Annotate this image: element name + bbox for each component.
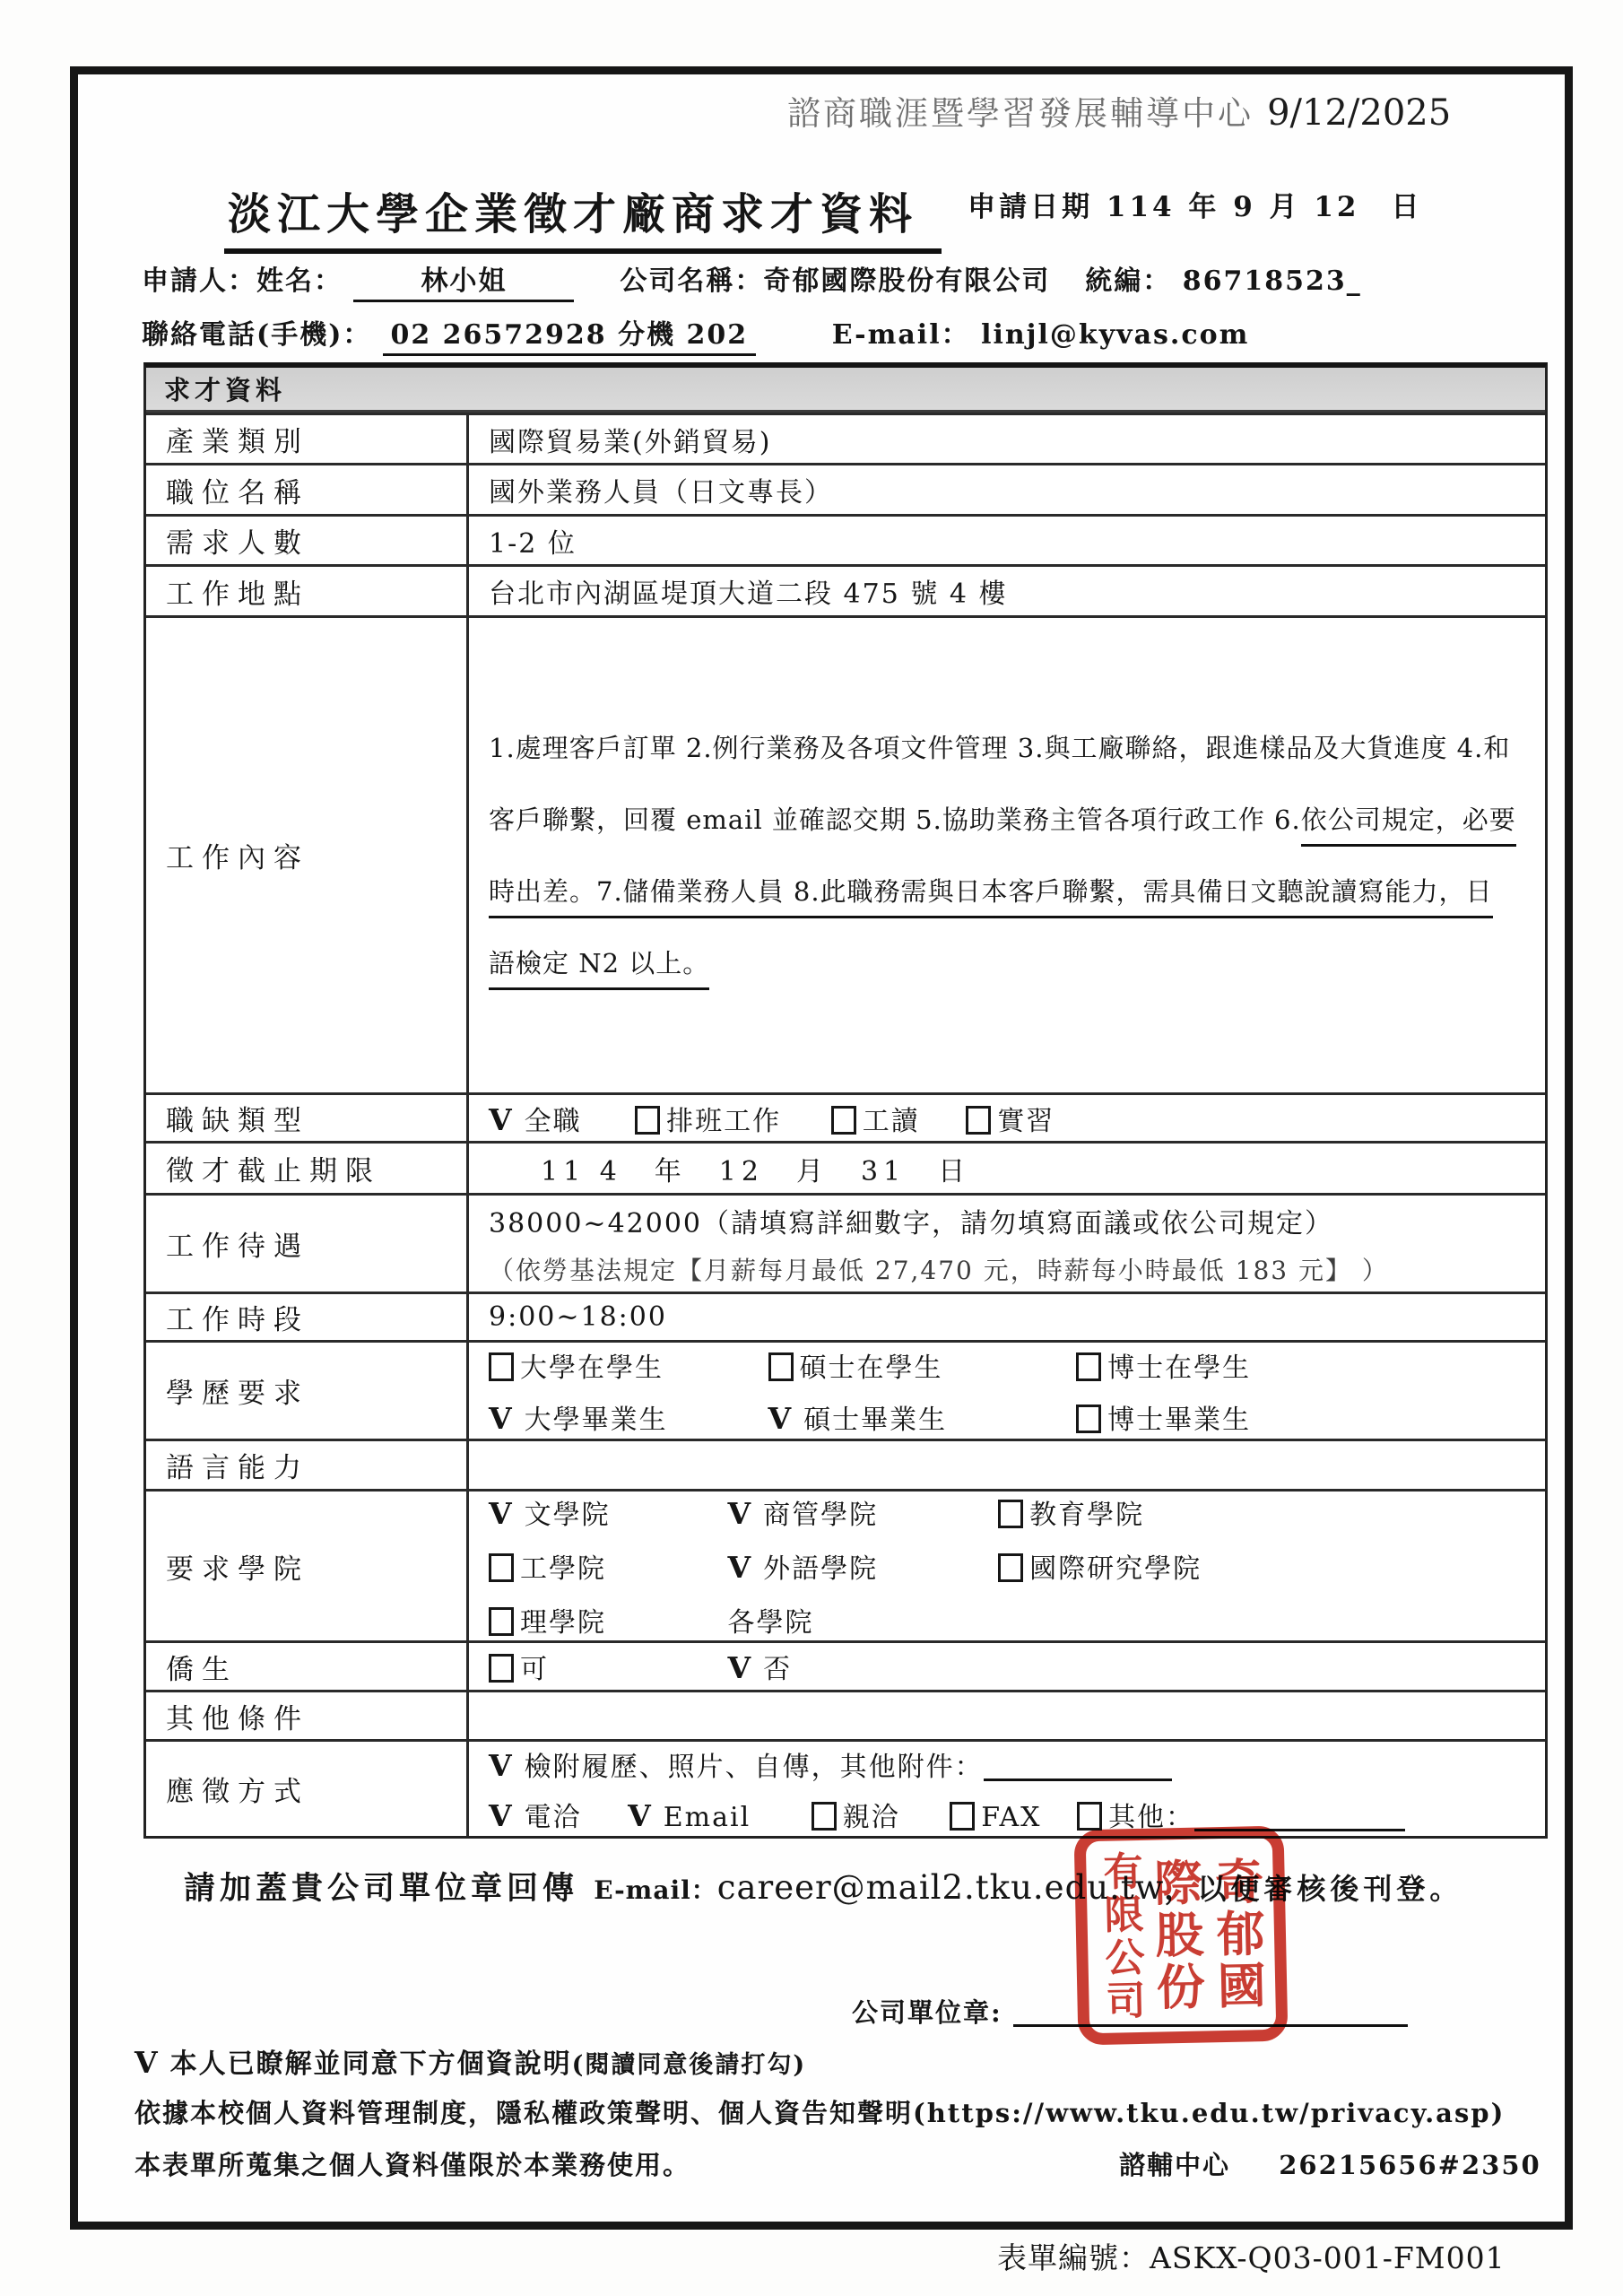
option-overseas-yes: 可: [489, 1647, 717, 1686]
location-value: 台北市內湖區堤頂大道二段 475 號 4 樓: [489, 571, 1545, 611]
return-instruction-bold: 請加蓋貴公司單位章回傳: [184, 1870, 578, 1907]
apply-method-label: 應徵方式: [146, 1742, 469, 1836]
job-desc-line1: 1.處理客戶訂單 2.例行業務及各項文件管理 3.與工廠聯絡，跟進樣品及大貨進度…: [489, 712, 1522, 784]
salary-label: 工作待遇: [146, 1196, 469, 1291]
option-education-college: 教育學院: [998, 1492, 1144, 1532]
check-mark: V: [489, 1401, 514, 1436]
applicant-line-2: 聯絡電話(手機)： 02 26572928 分機 202 E-mail： lin…: [142, 312, 1249, 356]
check-mark: V: [728, 1496, 753, 1531]
option-overseas-no-checked: V否: [728, 1647, 793, 1686]
row-job-description: 工作內容 1.處理客戶訂單 2.例行業務及各項文件管理 3.與工廠聯絡，跟進樣品…: [146, 615, 1545, 1092]
checkbox-empty: [966, 1106, 991, 1135]
check-mark: V: [628, 1798, 653, 1833]
apply-date: 申請日期 114 年 9 月 12 日: [968, 191, 1422, 223]
center-contact-line: 諮輔中心 26215656#2350: [1119, 2145, 1541, 2182]
job-desc-line2: 客戶聯繫，回覆 email 並確認交期 5.協助業務主管各項行政工作 6.依公司…: [489, 784, 1522, 856]
seal-column-left: 有限公司: [1098, 1850, 1141, 2023]
checkbox-empty: [811, 1802, 837, 1831]
position-label: 職位名稱: [146, 465, 469, 514]
row-language: 語言能力: [146, 1439, 1545, 1489]
row-education: 學歷要求 大學在學生 碩士在學生 博士在學生 V大學畢業生 V碩士畢業生 博士畢…: [146, 1340, 1545, 1439]
checkbox-empty: [1076, 1352, 1101, 1381]
job-type-label: 職缺類型: [146, 1095, 469, 1141]
data-usage-line: 本表單所蒐集之個人資料僅限於本業務使用。: [135, 2145, 690, 2182]
consent-text: 本人已瞭解並同意下方個資說明: [170, 2048, 572, 2080]
checkbox-empty: [1077, 1802, 1102, 1831]
check-mark: V: [135, 2045, 160, 2080]
location-label: 工作地點: [146, 567, 469, 615]
return-email-label: E-mail：: [594, 1875, 717, 1905]
option-undergrad-current: 大學在學生: [489, 1345, 758, 1385]
checkbox-empty: [489, 1654, 514, 1683]
salary-line2: （依勞基法規定【月薪每月最低 27,470 元，時薪每小時最低 183 元】 ）: [489, 1251, 1545, 1287]
applicant-line-1: 申請人：姓名： 林小姐 公司名稱：奇郁國際股份有限公司 統編： 86718523…: [142, 258, 1362, 302]
applicant-name-label: 申請人：姓名：: [142, 265, 343, 297]
table-section-header: 求才資料: [146, 368, 1545, 413]
college-label: 要求學院: [146, 1492, 469, 1640]
option-liberal-arts-checked: V文學院: [489, 1492, 717, 1532]
consent-line: V本人已瞭解並同意下方個資說明(閱讀同意後請打勾): [135, 2041, 806, 2081]
option-foreign-lang-checked: V外語學院: [728, 1546, 988, 1586]
option-master-current: 碩士在學生: [768, 1345, 1066, 1385]
title-row: 淡江大學企業徵才廠商求才資料 申請日期 114 年 9 月 12 日: [224, 179, 1423, 254]
office-scan-stamp: 諮商職涯暨學習發展輔導中心 9/12/2025: [787, 86, 1451, 135]
row-position: 職位名稱 國外業務人員（日文專長）: [146, 463, 1545, 514]
recruitment-table: 求才資料 產業類別 國際貿易業(外銷貿易) 職位名稱 國外業務人員（日文專長） …: [143, 362, 1548, 1839]
option-master-grad-checked: V碩士畢業生: [768, 1397, 1066, 1437]
checkbox-empty: [831, 1106, 856, 1135]
hours-value: 9:00~18:00: [489, 1301, 1545, 1333]
checkbox-empty: [635, 1106, 660, 1135]
check-mark: V: [489, 1798, 514, 1833]
seal-column-middle: 際股份: [1150, 1857, 1202, 2014]
apply-method-line2: V電洽 VEmail 親洽 FAX 其他：: [489, 1795, 1545, 1834]
form-number-line: 表單編號：ASKX-Q03-001-FM001: [997, 2235, 1506, 2277]
option-phd-current: 博士在學生: [1076, 1345, 1251, 1385]
applicant-name-value: 林小姐: [353, 258, 574, 302]
center-contact-name: 諮輔中心: [1119, 2150, 1230, 2180]
row-deadline: 徵才截止期限 11 4 年 12 月 31 日: [146, 1141, 1545, 1193]
checkbox-empty: [950, 1802, 975, 1831]
form-title: 淡江大學企業徵才廠商求才資料: [224, 179, 942, 254]
job-desc-label: 工作內容: [146, 618, 469, 1092]
phone-value: 02 26572928 分機 202: [383, 312, 756, 356]
other-conditions-label: 其他條件: [146, 1692, 469, 1739]
form-number-value: ASKX-Q03-001-FM001: [1150, 2240, 1506, 2275]
row-headcount: 需求人數 1-2 位: [146, 514, 1545, 564]
tax-id-value: 86718523_: [1183, 265, 1362, 297]
job-desc-line3: 時出差。7.儲備業務人員 8.此職務需與日本客戶聯繫，需具備日文聽說讀寫能力，日: [489, 856, 1522, 927]
company-stamp-label: 公司單位章:: [852, 1997, 1002, 2028]
company-name: 公司名稱：奇郁國際股份有限公司: [620, 265, 1050, 297]
deadline-label: 徵才截止期限: [146, 1144, 469, 1193]
email-label: E-mail：: [832, 319, 970, 351]
industry-value: 國際貿易業(外銷貿易): [489, 420, 1545, 459]
option-apply-phone-checked: V電洽: [489, 1795, 582, 1834]
checkbox-empty: [998, 1500, 1023, 1528]
consent-paren: (閱讀同意後請打勾): [572, 2051, 807, 2079]
option-intern: 實習: [966, 1099, 1055, 1138]
row-salary: 工作待遇 38000~42000（請填寫詳細數字，請勿填寫面議或依公司規定） （…: [146, 1193, 1545, 1291]
education-label: 學歷要求: [146, 1343, 469, 1439]
tax-id-label: 統編：: [1085, 265, 1171, 297]
company-seal-stamp: 有限公司 際股份 奇郁國: [1074, 1826, 1289, 2046]
scan-date: 9/12/2025: [1267, 92, 1451, 134]
job-desc-line4: 語檢定 N2 以上。: [489, 927, 1522, 999]
option-all-colleges: 各學院: [728, 1600, 814, 1639]
salary-line1: 38000~42000（請填寫詳細數字，請勿填寫面議或依公司規定）: [489, 1201, 1545, 1240]
check-mark: V: [489, 1102, 514, 1137]
checkbox-empty: [998, 1553, 1023, 1582]
checkbox-empty: [489, 1352, 514, 1381]
check-mark: V: [728, 1550, 753, 1585]
row-location: 工作地點 台北市內湖區堤頂大道二段 475 號 4 樓: [146, 564, 1545, 615]
checkbox-empty: [1076, 1405, 1101, 1433]
check-mark: V: [768, 1401, 794, 1436]
form-number-label: 表單編號：: [997, 2240, 1150, 2275]
attachment-blank: [984, 1752, 1172, 1781]
hours-label: 工作時段: [146, 1294, 469, 1340]
check-mark: V: [489, 1748, 514, 1783]
option-fulltime-checked: V全職: [489, 1099, 582, 1138]
seal-column-right: 奇郁國: [1211, 1856, 1263, 2013]
checkbox-empty: [489, 1553, 514, 1582]
check-mark: V: [728, 1650, 753, 1685]
row-college: 要求學院 V文學院 V商管學院 教育學院 工學院 V外語學院 國際研究學院 理學…: [146, 1489, 1545, 1640]
job-desc-line2-plain: 客戶聯繫，回覆 email 並確認交期 5.協助業務主管各項行政工作 6.: [489, 804, 1301, 835]
job-desc-line2-underlined: 依公司規定，必要: [1301, 804, 1516, 847]
checkbox-empty: [768, 1352, 794, 1381]
row-industry: 產業類別 國際貿易業(外銷貿易): [146, 413, 1545, 463]
industry-label: 產業類別: [146, 415, 469, 463]
phone-label: 聯絡電話(手機)：: [142, 319, 371, 351]
option-apply-fax: FAX: [950, 1802, 1041, 1833]
row-hours: 工作時段 9:00~18:00: [146, 1291, 1545, 1340]
language-label: 語言能力: [146, 1441, 469, 1489]
option-phd-grad: 博士畢業生: [1076, 1397, 1251, 1437]
option-shift: 排班工作: [635, 1099, 781, 1138]
option-apply-email-checked: VEmail: [628, 1798, 751, 1833]
apply-method-line1: V檢附履歷、照片、自傳，其他附件：: [489, 1744, 1545, 1784]
option-intl-studies: 國際研究學院: [998, 1546, 1202, 1586]
option-apply-in-person: 親洽: [811, 1795, 900, 1834]
check-mark: V: [489, 1496, 514, 1531]
position-value: 國外業務人員（日文專長）: [489, 470, 1545, 509]
option-undergrad-grad-checked: V大學畢業生: [489, 1397, 758, 1437]
option-engineering: 工學院: [489, 1546, 717, 1586]
option-parttime: 工讀: [831, 1099, 920, 1138]
checkbox-empty: [489, 1607, 514, 1636]
option-business-checked: V商管學院: [728, 1492, 988, 1532]
row-overseas: 僑生 可 V否: [146, 1640, 1545, 1690]
center-contact-phone: 26215656#2350: [1279, 2150, 1541, 2180]
counseling-center-name: 諮商職涯暨學習發展輔導中心: [787, 94, 1254, 133]
email-value: linjl@kyvas.com: [981, 319, 1249, 351]
privacy-policy-line: 依據本校個人資料管理制度，隱私權政策聲明、個人資告知聲明(https://www…: [135, 2093, 1505, 2130]
headcount-value: 1-2 位: [489, 521, 1545, 561]
deadline-value: 11 4 年 12 月 31 日: [541, 1149, 1545, 1188]
option-science: 理學院: [489, 1600, 717, 1639]
row-job-type: 職缺類型 V全職 排班工作 工讀 實習: [146, 1092, 1545, 1141]
scanned-form-page: 諮商職涯暨學習發展輔導中心 9/12/2025 淡江大學企業徵才廠商求才資料 申…: [0, 0, 1623, 2296]
headcount-label: 需求人數: [146, 517, 469, 564]
overseas-label: 僑生: [146, 1643, 469, 1690]
row-other-conditions: 其他條件: [146, 1690, 1545, 1739]
row-apply-method: 應徵方式 V檢附履歷、照片、自傳，其他附件： V電洽 VEmail 親洽 FAX…: [146, 1739, 1545, 1836]
